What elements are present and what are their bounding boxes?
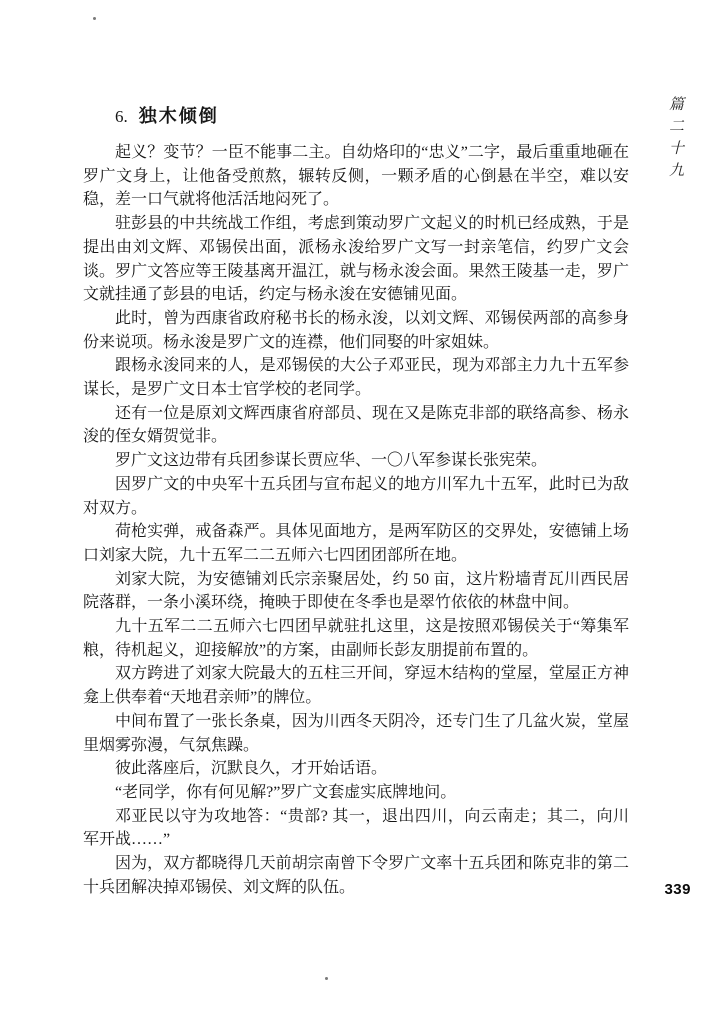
body-text-column: 起义？变节？一臣不能事二主。自幼烙印的“忠义”二字，最后重重地砸在罗广文身上，让…	[83, 141, 629, 900]
body-paragraph: 因罗广文的中央军十五兵团与宣布起义的地方川军九十五军，此时已为敌对双方。	[83, 473, 629, 520]
print-speck-bottom	[325, 977, 328, 980]
body-paragraph: 罗广文这边带有兵团参谋长贾应华、一〇八军参谋长张宪荣。	[83, 449, 629, 473]
body-paragraph: 双方跨进了刘家大院最大的五柱三开间，穿逗木结构的堂屋，堂屋正方神龛上供奉着“天地…	[83, 662, 629, 709]
chapter-side-label: 篇二十九	[665, 96, 686, 184]
section-heading: 6. 独木倾倒	[115, 102, 219, 128]
body-paragraph: 邓亚民以守为攻地答：“贵部? 其一，退出四川，向云南走；其二，向川军开战……”	[83, 805, 629, 852]
body-paragraph: 跟杨永浚同来的人，是邓锡侯的大公子邓亚民，现为邓部主力九十五军参谋长，是罗广文日…	[83, 354, 629, 401]
body-paragraph: 此时，曾为西康省政府秘书长的杨永浚，以刘文辉、邓锡侯两部的高参身份来说项。杨永浚…	[83, 307, 629, 354]
body-paragraph: 彼此落座后，沉默良久，才开始话语。	[83, 757, 629, 781]
body-paragraph: 因为，双方都晓得几天前胡宗南曾下令罗广文率十五兵团和陈克非的第二十兵团解决掉邓锡…	[83, 852, 629, 899]
page-number: 339	[664, 881, 691, 898]
section-number: 6.	[115, 107, 128, 127]
body-paragraph: 中间布置了一张长条桌，因为川西冬天阴冷，还专门生了几盆火炭，堂屋里烟雾弥漫，气氛…	[83, 710, 629, 757]
body-paragraph: 起义？变节？一臣不能事二主。自幼烙印的“忠义”二字，最后重重地砸在罗广文身上，让…	[83, 141, 629, 212]
body-paragraph: 刘家大院，为安德铺刘氏宗亲聚居处，约 50 亩，这片粉墙青瓦川西民居院落群，一条…	[83, 568, 629, 615]
body-paragraph: 驻彭县的中共统战工作组，考虑到策动罗广文起义的时机已经成熟，于是提出由刘文辉、邓…	[83, 212, 629, 307]
section-title: 独木倾倒	[139, 102, 219, 128]
body-paragraph: 还有一位是原刘文辉西康省府部员、现在又是陈克非部的联络高参、杨永浚的侄女婿贺觉非…	[83, 402, 629, 449]
book-page: 6. 独木倾倒 篇二十九 起义？变节？一臣不能事二主。自幼烙印的“忠义”二字，最…	[0, 0, 710, 1022]
body-paragraph: 荷枪实弹，戒备森严。具体见面地方，是两军防区的交界处，安德铺上场口刘家大院，九十…	[83, 520, 629, 567]
print-speck-top	[93, 17, 96, 20]
body-paragraph: “老同学，你有何见解?”罗广文套虚实底牌地问。	[83, 781, 629, 805]
body-paragraph: 九十五军二二五师六七四团早就驻扎这里，这是按照邓锡侯关于“筹集军粮，待机起义，迎…	[83, 615, 629, 662]
